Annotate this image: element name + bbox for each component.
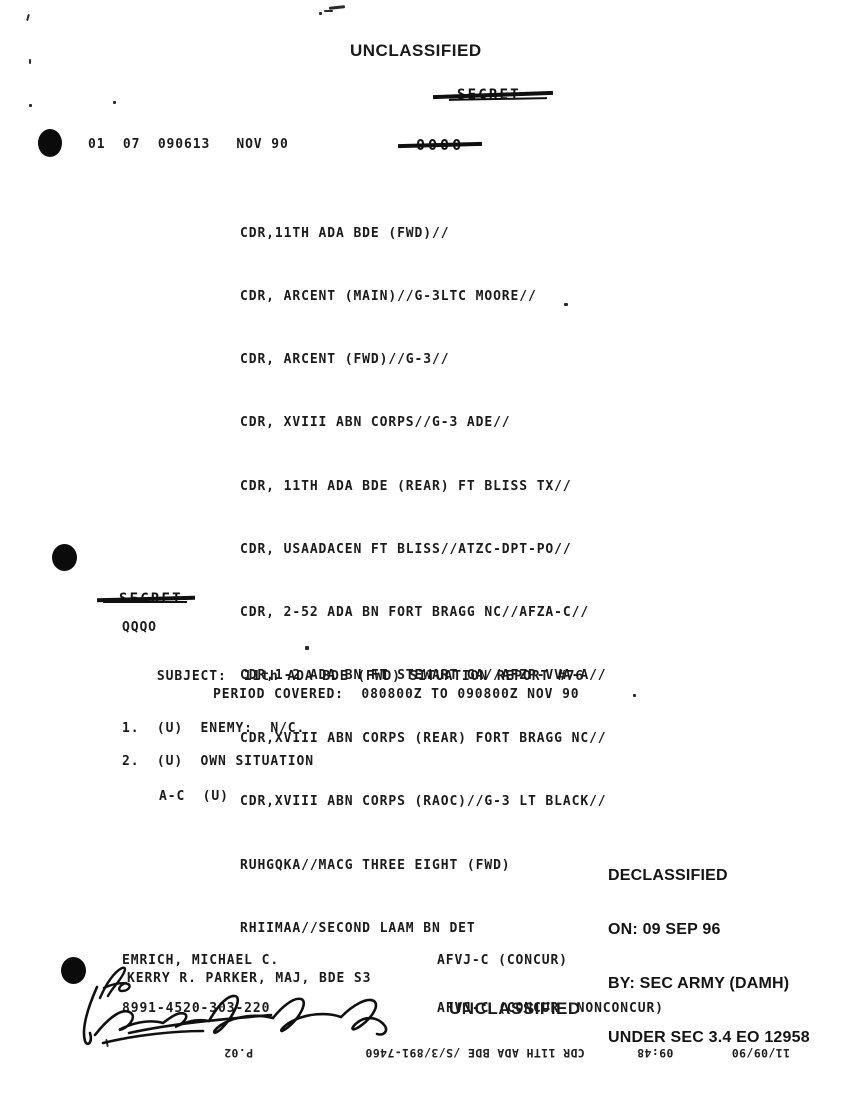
scan-speck bbox=[26, 14, 30, 21]
fax-sender: CDR 11TH ADA BDE /S/3/891-7460 bbox=[365, 1046, 585, 1060]
punch-hole bbox=[52, 544, 77, 571]
scan-speck bbox=[319, 12, 322, 15]
concur-block: AFVJ-C (CONCUR) AFVJ-C (CONCUR NONCONCUR… bbox=[437, 922, 664, 1047]
fax-time: 09:48 bbox=[637, 1046, 674, 1060]
secret-stamp-struck-mid: SECRET bbox=[119, 591, 183, 607]
fax-date: 11/09/90 bbox=[731, 1046, 790, 1060]
addressee-line: CDR,XVIII ABN CORPS (RAOC)//G-3 LT BLACK… bbox=[240, 785, 607, 818]
struck-routing-code: 0000 bbox=[416, 136, 464, 154]
punch-hole bbox=[61, 957, 86, 984]
scan-speck bbox=[29, 59, 31, 64]
period-covered-line: PERIOD COVERED: 080800Z TO 090800Z NOV 9… bbox=[213, 687, 580, 702]
concur-line: AFVJ-C (CONCUR) bbox=[437, 952, 664, 970]
signature-scrawl bbox=[75, 983, 400, 1053]
classification-stamp-top: UNCLASSIFIED bbox=[350, 41, 482, 61]
scan-speck bbox=[29, 104, 32, 107]
addressee-line: RUHGQKA//MACG THREE EIGHT (FWD) bbox=[240, 849, 607, 882]
scan-dash bbox=[324, 10, 333, 12]
routing-code: QQQO bbox=[122, 620, 157, 635]
addressee-line: CDR, ARCENT (MAIN)//G-3LTC MOORE// bbox=[240, 280, 607, 313]
scanned-document-page: UNCLASSIFIED SECRET 01 07 090613 NOV 90 … bbox=[0, 0, 850, 1094]
addressee-line: CDR, 11TH ADA BDE (REAR) FT BLISS TX// bbox=[240, 470, 607, 503]
declassified-line: DECLASSIFIED bbox=[608, 867, 810, 885]
scan-speck bbox=[113, 101, 116, 104]
fax-header-rotated: 11/09/90 09:48 CDR 11TH ADA BDE /S/3/891… bbox=[100, 1044, 790, 1062]
classification-stamp-bottom: UNCLASSIFIED bbox=[449, 999, 581, 1019]
item-a-c: A-C (U) bbox=[159, 789, 229, 804]
preparer-name: EMRICH, MICHAEL C. bbox=[122, 952, 279, 970]
punch-hole bbox=[38, 129, 62, 157]
subject-label: SUBJECT: bbox=[157, 669, 227, 684]
addressee-line: CDR, 2-52 ADA BN FORT BRAGG NC//AFZA-C// bbox=[240, 596, 607, 629]
subject-text: 11th ADA BDE (FWD) SITUATION REPORT #76 bbox=[244, 669, 584, 684]
addressee-line: CDR,11TH ADA BDE (FWD)// bbox=[240, 217, 607, 250]
item-own-situation: 2. (U) OWN SITUATION bbox=[122, 754, 314, 769]
dtg-line: 01 07 090613 NOV 90 bbox=[88, 137, 289, 152]
secret-stamp-struck-top: SECRET bbox=[457, 87, 521, 103]
fax-page-number: P.02 bbox=[224, 1046, 253, 1060]
addressee-line: CDR, XVIII ABN CORPS//G-3 ADE// bbox=[240, 406, 607, 439]
scan-speck bbox=[633, 694, 636, 697]
item-enemy: 1. (U) ENEMY: N/C. bbox=[122, 721, 305, 736]
addressee-line: CDR, ARCENT (FWD)//G-3// bbox=[240, 343, 607, 376]
addressee-line: CDR, USAADACEN FT BLISS//ATZC-DPT-PO// bbox=[240, 533, 607, 566]
addressee-list: CDR,11TH ADA BDE (FWD)// CDR, ARCENT (MA… bbox=[240, 187, 607, 975]
